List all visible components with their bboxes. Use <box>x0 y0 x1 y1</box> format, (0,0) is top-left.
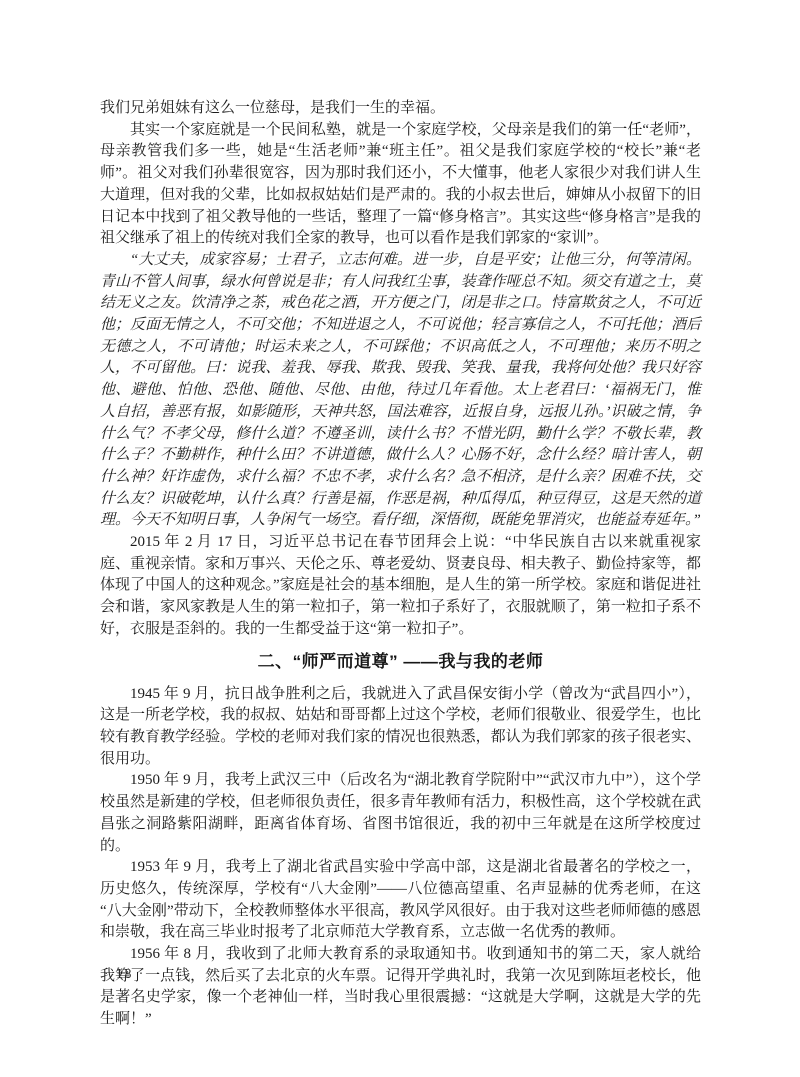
paragraph-1950-middle-school: 1950 年 9 月，我考上武汉三中（后改名为“湖北教育学院附中”“武汉市九中”… <box>100 770 701 857</box>
document-page: 我们兄弟姐妹有这么一位慈母，是我们一生的幸福。 其实一个家庭就是一个民间私塾，就… <box>0 0 800 1077</box>
paragraph-1956-university: 1956 年 8 月，我收到了北师大教育系的录取通知书。收到通知书的第二天，家人… <box>100 944 701 1031</box>
page-number: · 18 · <box>104 966 145 982</box>
paragraph-1953-high-school: 1953 年 9 月，我考上了湖北省武昌实验中学高中部，这是湖北省最著名的学校之… <box>100 857 701 944</box>
section-heading: 二、“师严而道尊” ——我与我的老师 <box>100 651 701 673</box>
paragraph-family-school: 其实一个家庭就是一个民间私塾，就是一个家庭学校，父母亲是我们的第一任“老师”，母… <box>100 120 701 250</box>
paragraph-mother-blessing: 我们兄弟姐妹有这么一位慈母，是我们一生的幸福。 <box>100 98 701 120</box>
paragraph-xi-speech-family: 2015 年 2 月 17 日，习近平总书记在春节团拜会上说：“中华民族自古以来… <box>100 532 701 641</box>
text-block: 我们兄弟姐妹有这么一位慈母，是我们一生的幸福。 其实一个家庭就是一个民间私塾，就… <box>100 98 701 1031</box>
paragraph-1945-primary-school: 1945 年 9 月，抗日战争胜利之后，我就进入了武昌保安街小学（曾改为“武昌四… <box>100 684 701 771</box>
quote-paragraph-self-cultivation-motto: “大丈夫，成家容易；士君子，立志何难。进一步，自是平安；让他三分，何等清闲。青山… <box>100 250 701 532</box>
